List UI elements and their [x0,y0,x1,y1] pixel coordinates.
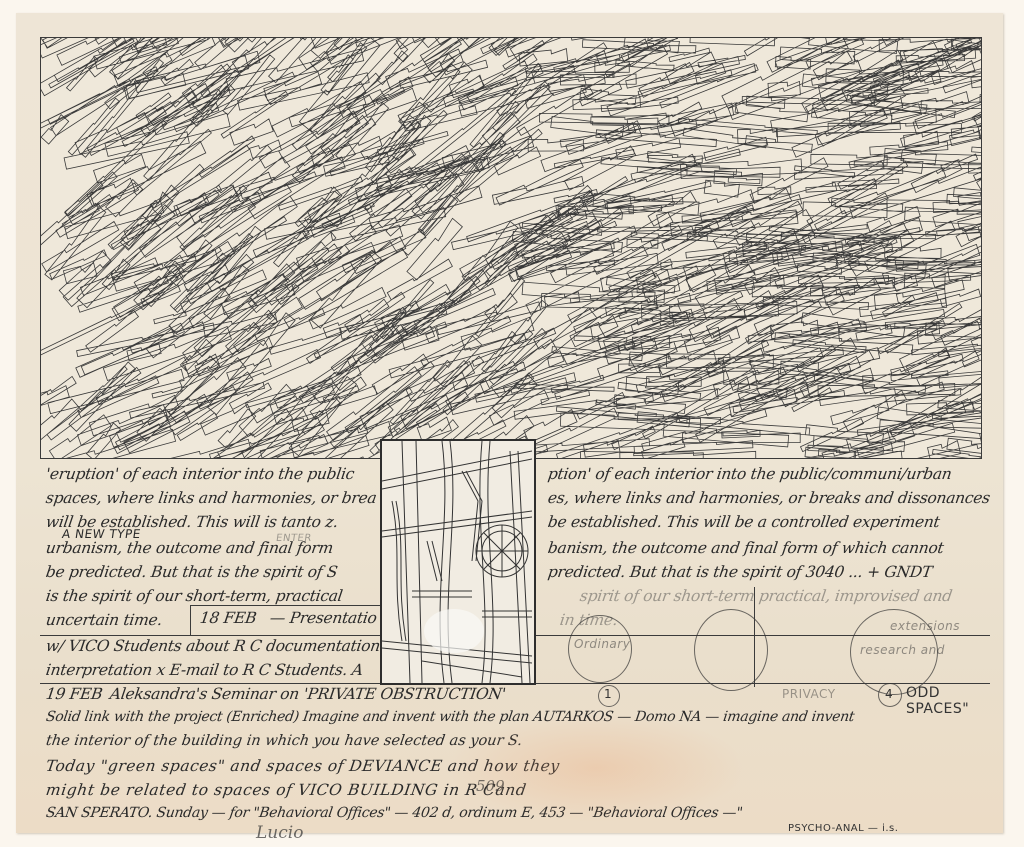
note-line: Solid link with the project (Enriched) I… [45,709,855,725]
diagram-label: extensions [890,619,960,633]
diagram-circle [694,609,768,691]
note-line: uncertain time. [45,611,164,629]
note-line: ption' of each interior into the public/… [547,465,953,483]
note-line: might be related to spaces of VICO BUILD… [45,781,528,799]
diagram-axis [754,587,755,687]
paper-sheet: 'eruption' of each interior into the pub… [16,13,1003,833]
note-line: be predicted. But that is the spirit of … [45,563,339,581]
note-line: the interior of the building in which yo… [45,733,523,749]
inset-sketch [380,439,536,685]
date-19-feb: 19 FEB [45,685,104,703]
diagram-label: Ordinary [574,637,630,651]
privacy-label: PRIVACY [782,687,836,701]
box-edge [190,605,191,635]
crystal-drawing-panel [40,37,982,459]
signature: Lucio [256,823,303,843]
note-line: spirit of our short-term practical, impr… [579,587,953,605]
odd-spaces-label: ODD SPACES" [906,685,990,717]
note-line: banism, the outcome and final form of wh… [547,539,945,557]
insert-label-small: ENTER [275,533,312,544]
note-line: is the spirit of our short-term, practic… [45,587,344,605]
tangled-structure-drawing [382,441,534,683]
diagram-label: research and [860,643,945,657]
margin-number: 509 [476,777,505,795]
date-18-feb: 18 FEB [199,609,258,627]
note-line: predicted. But that is the spirit of 304… [547,563,934,581]
circled-number-label: 4 [885,687,893,701]
note-line: 'eruption' of each interior into the pub… [45,465,356,483]
circled-number-label: 1 [604,687,612,701]
note-line: es, where links and harmonies, or breaks… [547,489,991,507]
note-line: spaces, where links and harmonies, or br… [45,489,378,507]
note-line: SAN SPERATO. Sunday — for "Behavioral Of… [45,805,744,821]
note-line: be established. This will be a controlle… [547,513,941,531]
note-line: interpretation x E-mail to R C Students.… [45,661,364,679]
crystal-shards-drawing [41,38,981,458]
note-line: w/ VICO Students about R C documentation [45,637,382,655]
note-line: — Presentatio [269,609,378,627]
note-line: Aleksandra's Seminar on 'PRIVATE OBSTRUC… [109,685,507,703]
note-line: Today "green spaces" and spaces of DEVIA… [45,757,561,775]
note-line: PSYCHO-ANAL — i.s. [788,823,898,834]
box-edge [190,605,380,606]
